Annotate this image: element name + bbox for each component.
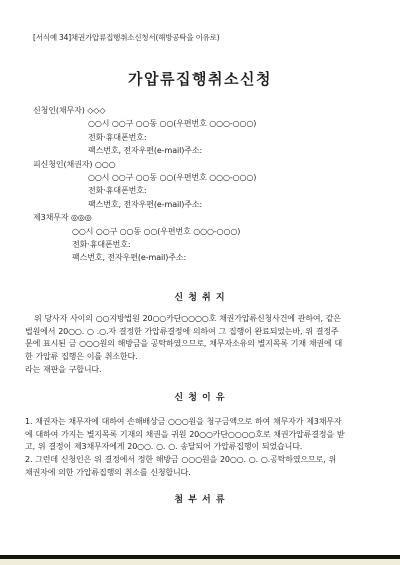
- paragraph-line: 2. 그런데 신청인은 위 결정에서 정한 해방금 ○○○원을 20○○. ○.…: [25, 454, 378, 467]
- section-purpose-paragraph: 위 당사자 사이의 ○○지방법원 20○○카단○○○○호 채권가압류신청사건에 …: [25, 313, 378, 377]
- party-applicant: 신청인(채무자) ◇◇◇ ○○시 ○○구 ○○동 ○○(우편번호 ○○○-○○○…: [33, 104, 390, 158]
- party-third-debtor: 제3채무자 ◎◎◎ ○○시 ○○구 ○○동 ○○(우편번호 ○○○-○○○) 전…: [33, 211, 390, 265]
- party-phone: 전화·휴대폰번호:: [88, 184, 390, 197]
- party-phone: 전화·휴대폰번호:: [72, 238, 390, 251]
- viewer-background-strip: [0, 559, 400, 565]
- party-fax-email: 팩스번호, 전자우편(e-mail)주소:: [88, 144, 390, 157]
- paragraph-line: 에 대하여 가지는 별지목록 기재의 채권을 귀원 20○○카단○○○○호로 채…: [25, 429, 378, 442]
- document-title: 가압류집행취소신청: [0, 68, 400, 89]
- party-respondent: 피신청인(채권자) ○○○ ○○시 ○○구 ○○동 ○○(우편번호 ○○○-○○…: [33, 158, 390, 212]
- party-details: ○○시 ○○구 ○○동 ○○(우편번호 ○○○-○○○) 전화·휴대폰번호: 팩…: [33, 171, 390, 211]
- paragraph-line: 법원에서 20○○. ○ .○.자 결정한 가압류결정에 의하여 그 집행이 완…: [25, 326, 378, 339]
- paragraph-line: 채권자에 의한 가압류집행의 취소를 신청합니다.: [25, 467, 378, 480]
- paragraph-line: 라는 재판을 구합니다.: [25, 364, 378, 377]
- section-heading-reason: 신 청 이 유: [0, 390, 400, 403]
- paragraph-line: 문에 표시된 금 ○○○원의 해방금을 공탁하였으므로, 채무자소유의 별지목록…: [25, 338, 378, 351]
- document-page: [서식예 34]채권가압류집행취소신청서(해방공탁을 이유로) 가압류집행취소신…: [0, 0, 400, 565]
- party-address: ○○시 ○○구 ○○동 ○○(우편번호 ○○○-○○○): [88, 117, 390, 130]
- party-role-line: 신청인(채무자) ◇◇◇: [33, 104, 390, 117]
- paragraph-line: 위 당사자 사이의 ○○지방법원 20○○카단○○○○호 채권가압류신청사건에 …: [25, 313, 378, 326]
- party-role-line: 피신청인(채권자) ○○○: [33, 158, 390, 171]
- paragraph-line: 1. 채권자는 채무자에 대하여 손해배상금 ○○○원을 청구금액으로 하여 채…: [25, 416, 378, 429]
- party-info-block: 신청인(채무자) ◇◇◇ ○○시 ○○구 ○○동 ○○(우편번호 ○○○-○○○…: [33, 104, 390, 265]
- section-heading-attachments: 첨 부 서 류: [0, 492, 400, 505]
- party-role-line: 제3채무자 ◎◎◎: [33, 211, 390, 224]
- form-reference-label: [서식예 34]채권가압류집행취소신청서(해방공탁을 이유로): [33, 32, 219, 43]
- paragraph-line: 고, 위 결정이 제3채무자에게 20○○. ○. ○. 송달되어 가압류집행이…: [25, 441, 378, 454]
- section-reason-paragraph: 1. 채권자는 채무자에 대하여 손해배상금 ○○○원을 청구금액으로 하여 채…: [25, 416, 378, 480]
- party-address: ○○시 ○○구 ○○동 ○○(우편번호 ○○○-○○○): [72, 225, 390, 238]
- party-phone: 전화·휴대폰번호:: [88, 131, 390, 144]
- party-fax-email: 팩스번호, 전자우편(e-mail)주소:: [88, 198, 390, 211]
- paragraph-line: 한 가압류 집행은 이를 취소한다.: [25, 351, 378, 364]
- party-fax-email: 팩스번호, 전자우편(e-mail)주소:: [72, 251, 390, 264]
- section-heading-purpose: 신 청 취 지: [0, 290, 400, 303]
- party-address: ○○시 ○○구 ○○동 ○○(우편번호 ○○○-○○○): [88, 171, 390, 184]
- party-details: ○○시 ○○구 ○○동 ○○(우편번호 ○○○-○○○) 전화·휴대폰번호: 팩…: [33, 117, 390, 157]
- party-details: ○○시 ○○구 ○○동 ○○(우편번호 ○○○-○○○) 전화·휴대폰번호: 팩…: [33, 225, 390, 265]
